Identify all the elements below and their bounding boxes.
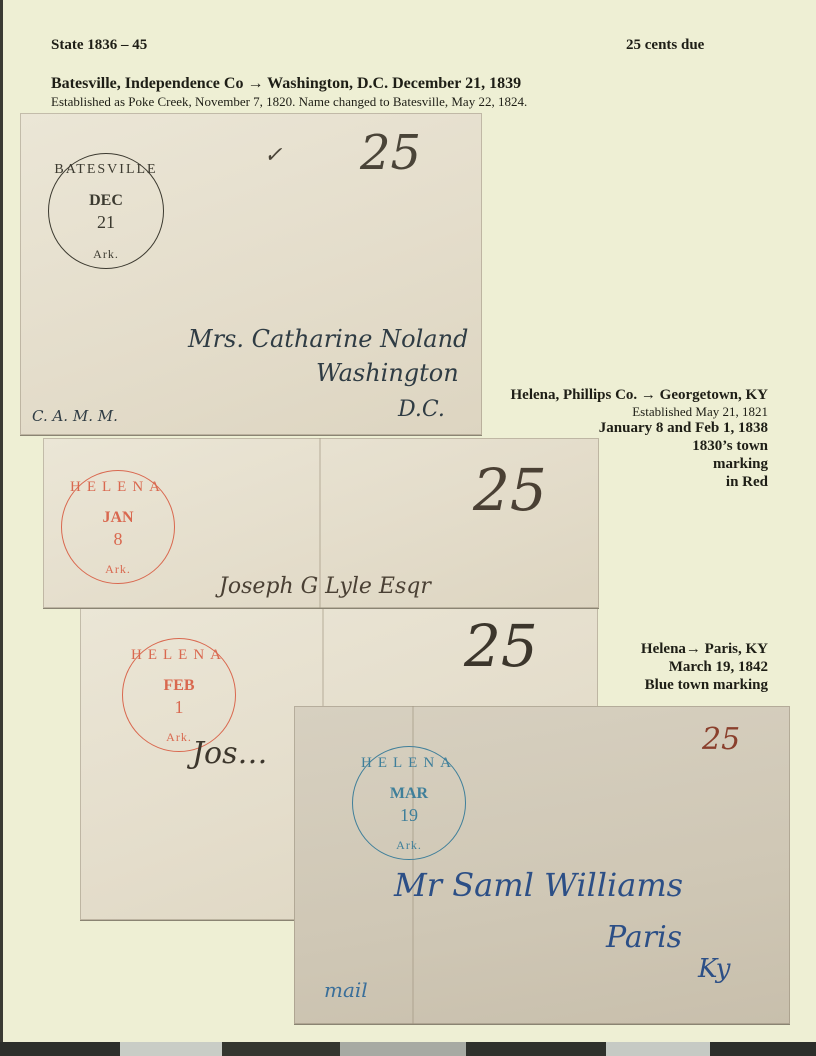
caption-line1: 1830’s town [511, 437, 769, 455]
scanner-edge-strip [0, 1042, 816, 1056]
helena-mar-cover: HELENA MAR 19 Ark. 25 Mr Saml Williams P… [294, 706, 790, 1024]
page-header-era: State 1836 – 45 [51, 37, 147, 54]
helena-paris-caption: Helena→ Paris, KY March 19, 1842 Blue to… [641, 640, 768, 694]
batesville-address-state: D.C. [398, 397, 445, 422]
helena-feb-rate-mark: 25 [464, 612, 538, 680]
caption-date: March 19, 1842 [641, 658, 768, 676]
caption-title: Helena→ Paris, KY [641, 640, 768, 658]
batesville-cover: BATESVILLE DEC 21 Ark. ✓ 25 Mrs. Cathari… [20, 113, 482, 435]
caption-title: Helena, Phillips Co. → Georgetown, KY [511, 386, 769, 404]
batesville-address-city: Washington [316, 359, 459, 387]
scan-edge-left [0, 0, 3, 1042]
helena-jan-address: Joseph G Lyle Esqr [219, 574, 431, 599]
helena-feb-postmark: HELENA FEB 1 Ark. [122, 638, 236, 752]
caption-established: Established May 21, 1821 [511, 404, 769, 419]
helena-feb-address: Jos… [192, 736, 267, 771]
caption-note: Blue town marking [641, 676, 768, 694]
helena-mar-docket: mail [324, 978, 368, 1002]
helena-georgetown-caption: Helena, Phillips Co. → Georgetown, KY Es… [511, 386, 769, 491]
helena-mar-postmark: HELENA MAR 19 Ark. [352, 746, 466, 860]
caption-line2: marking [511, 455, 769, 473]
batesville-address-name: Mrs. Catharine Noland [188, 325, 468, 353]
page-header-rate: 25 cents due [626, 37, 704, 54]
helena-mar-address-city: Paris [606, 920, 682, 955]
helena-mar-address-state: Ky [698, 954, 730, 984]
batesville-caption-title: Batesville, Independence Co → Washington… [51, 75, 521, 93]
helena-jan-postmark: HELENA JAN 8 Ark. [61, 470, 175, 584]
batesville-check-mark: ✓ [264, 143, 282, 168]
batesville-postmark: BATESVILLE DEC 21 Ark. [48, 153, 164, 269]
batesville-docket: C. A. M. M. [32, 407, 118, 425]
helena-mar-rate-mark: 25 [702, 722, 740, 757]
batesville-caption-subtitle: Established as Poke Creek, November 7, 1… [51, 94, 527, 110]
batesville-rate-mark: 25 [360, 125, 421, 181]
caption-line3: in Red [511, 473, 769, 491]
caption-dates: January 8 and Feb 1, 1838 [511, 419, 769, 437]
helena-mar-address-name: Mr Saml Williams [394, 866, 683, 904]
